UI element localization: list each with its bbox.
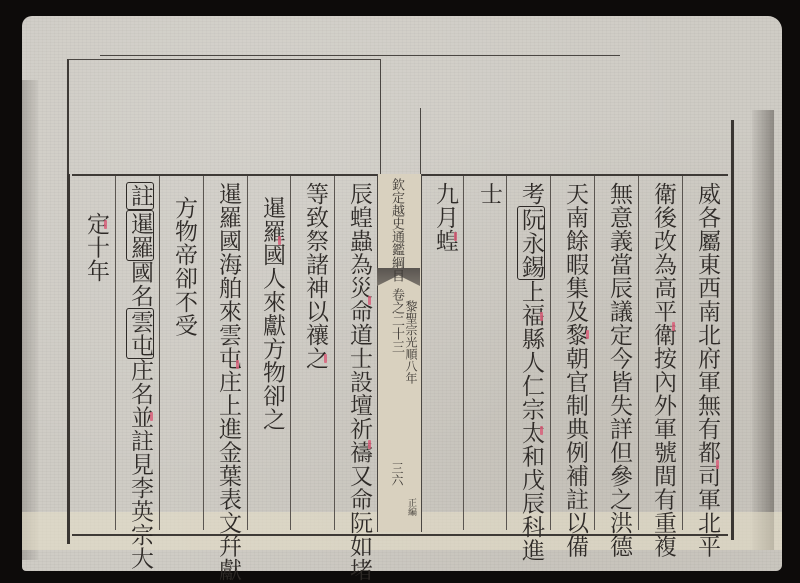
red-punctuation-mark (672, 322, 675, 331)
red-punctuation-mark (104, 220, 107, 229)
volume-label: 卷之二十三 (388, 288, 404, 353)
edition-label: 正編 (405, 498, 416, 516)
text-column-11: 暹羅國海舶來雲屯庄上進金葉表文幷獻 (213, 182, 243, 582)
upper-margin-rule (100, 55, 620, 56)
column-rule (682, 176, 683, 530)
annotation-marker: 註 (126, 182, 154, 210)
text-column-5: 考阮永錫上福縣人仁宗太和戊辰科進 (516, 182, 546, 562)
boxed-place-siam: 暹羅 (126, 210, 154, 261)
page-left-edge-shadow (22, 80, 38, 560)
text-column-heading-siam-tribute: 暹羅國人來獻方物卻之 (257, 196, 287, 431)
red-punctuation-mark (236, 360, 239, 369)
text-column-2: 衛後改為高平衛按內外軍號間有重複 (648, 182, 678, 558)
boxed-person-name: 阮永錫 (517, 206, 545, 281)
text-column-4: 天南餘暇集及黎朝官制典例補註以備 (560, 182, 590, 558)
column-rule (290, 176, 291, 530)
red-punctuation-mark (324, 354, 327, 363)
red-punctuation-mark (150, 412, 153, 421)
column-rule (203, 176, 204, 530)
upper-margin-frame (67, 59, 381, 175)
outer-left-border (67, 174, 70, 544)
text-column-6: 士 (474, 182, 504, 206)
red-punctuation-mark (540, 426, 543, 435)
column-5-rest: 上福縣人仁宗太和戊辰科進 (518, 280, 544, 562)
column-rule (550, 176, 551, 530)
text-column-3: 無意義當辰議定今皆失詳但參之洪德 (604, 182, 634, 558)
red-punctuation-mark (454, 232, 457, 241)
red-punctuation-mark (278, 236, 281, 245)
red-punctuation-mark (368, 440, 371, 449)
red-punctuation-mark (368, 296, 371, 305)
red-punctuation-mark (540, 312, 543, 321)
column-rule (506, 176, 507, 530)
column-rule (594, 176, 595, 530)
text-column-12: 方物帝卻不受 (169, 196, 199, 337)
text-column-8: 辰蝗蟲為災命道士設壇祈禱又命阮如堵 (344, 182, 374, 582)
annotation-mid: 國名 (127, 261, 153, 308)
column-rule (334, 176, 335, 530)
annotation-tail: 庄名並註見李英宗大 (127, 359, 153, 571)
book-title: 欽定越史通鑑綱目 (388, 178, 404, 282)
column-5-lead: 考 (518, 182, 544, 206)
reign-label: 黎聖宗光順八年 (404, 300, 418, 384)
page-right-edge-shadow (752, 110, 774, 550)
text-column-heading-9th-month: 九月蝗 (430, 182, 460, 253)
column-rule (159, 176, 160, 530)
red-punctuation-mark (586, 330, 589, 339)
text-column-1: 威各屬東西南北府軍無有都司軍北平 (692, 182, 722, 558)
column-rule (115, 176, 116, 530)
outer-right-border (731, 120, 734, 540)
column-rule (247, 176, 248, 530)
text-column-annotation: 註暹羅國名雲屯庄名並註見李英宗大 (125, 182, 155, 570)
red-punctuation-mark (716, 460, 719, 469)
column-rule (638, 176, 639, 530)
text-column-9: 等致祭諸神以禳之 (300, 182, 330, 370)
boxed-place-van-don: 雲屯 (126, 308, 154, 359)
page-number: 三六 (390, 462, 404, 486)
upper-margin-divider (420, 108, 421, 174)
column-rule (463, 176, 464, 530)
